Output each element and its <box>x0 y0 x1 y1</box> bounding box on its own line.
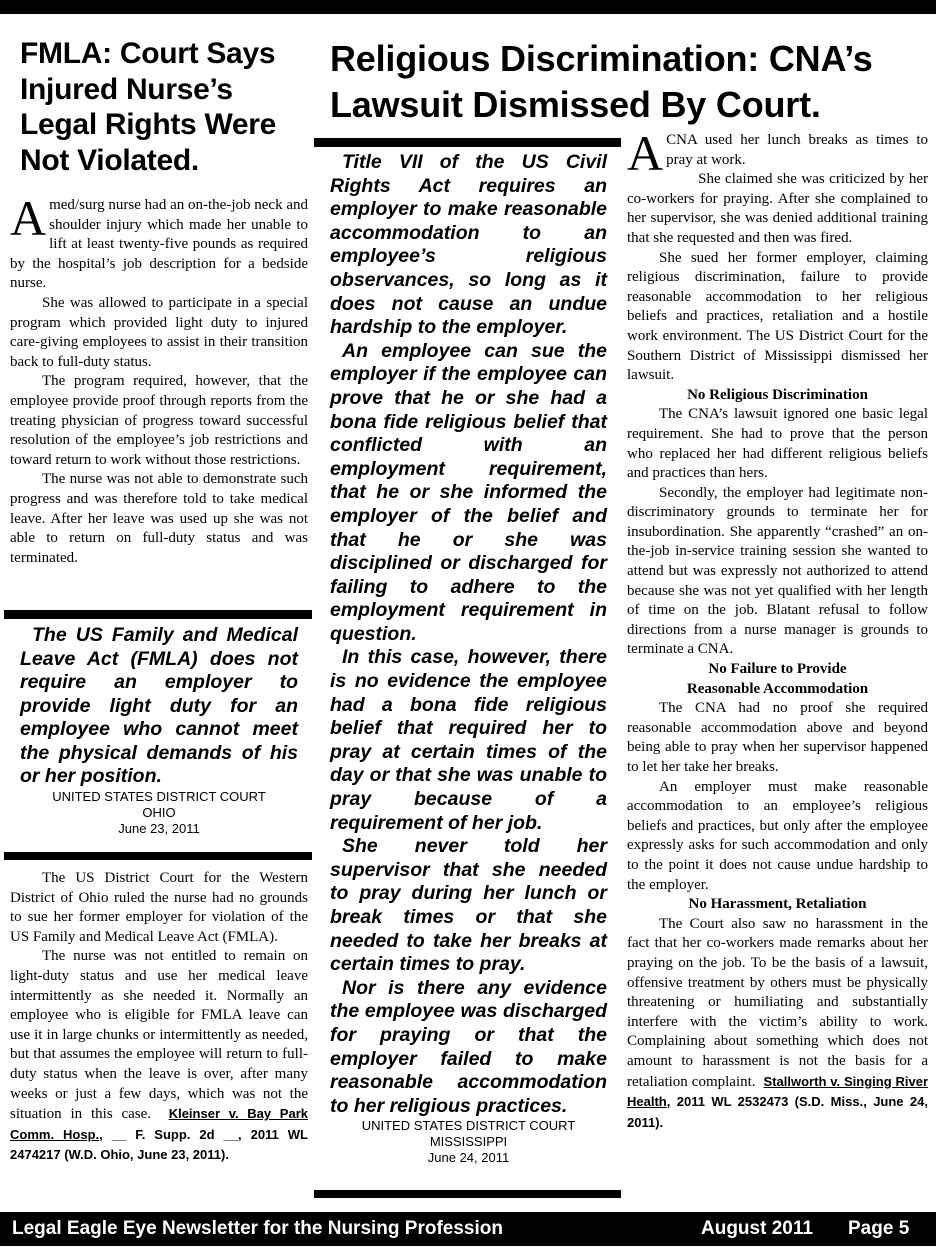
section-rule <box>4 852 312 860</box>
section-rule <box>314 138 621 147</box>
pullquote-paragraph: In this case, however, there is no evide… <box>330 646 607 835</box>
fmla-paragraph: The program required, however, that the … <box>10 372 308 470</box>
page-footer: Legal Eagle Eye Newsletter for the Nursi… <box>0 1212 936 1246</box>
religious-paragraph: Secondly, the employer had legitimate no… <box>627 484 928 660</box>
fmla-paragraph: She was allowed to participate in a spec… <box>10 294 308 372</box>
section-rule <box>314 1190 621 1198</box>
fmla-headline: FMLA: Court Says Injured Nurse’s Legal R… <box>20 36 310 178</box>
fmla-paragraph: The nurse was not able to demonstrate su… <box>10 470 308 568</box>
pullquote-text: The US Family and Medical Leave Act (FML… <box>20 624 298 789</box>
pullquote-paragraph: Nor is there any evidence the employee w… <box>330 977 607 1119</box>
pullquote-paragraph: An employee can sue the employer if the … <box>330 340 607 647</box>
pullquote-paragraph: Title VII of the US Civil Rights Act req… <box>330 151 607 340</box>
religious-paragraph: She claimed she was criticized by her co… <box>627 170 928 248</box>
decision-date: June 24, 2011 <box>330 1150 607 1166</box>
subheading: No Religious Discrimination <box>627 386 928 406</box>
court-state: MISSISSIPPI <box>330 1134 607 1150</box>
religious-paragraph: An employer must make reasonable accommo… <box>627 778 928 896</box>
issue-date: August 2011 <box>701 1212 813 1246</box>
court-name: UNITED STATES DISTRICT COURT <box>330 1118 607 1134</box>
religious-body: ACNA used her lunch breaks as times to p… <box>627 131 928 1133</box>
fmla-paragraph: The nurse was not entitled to remain on … <box>10 947 308 1166</box>
drop-cap: A <box>10 198 46 238</box>
decision-date: June 23, 2011 <box>20 821 298 837</box>
religious-paragraph: The Court also saw no harassment in the … <box>627 915 928 1134</box>
religious-paragraph: She sued her former employer, claiming r… <box>627 249 928 386</box>
page-number: Page 5 <box>848 1212 909 1246</box>
subheading: No Harassment, Retaliation <box>627 895 928 915</box>
religious-headline: Religious Discrimination: CNA’s Lawsuit … <box>330 36 930 128</box>
religious-paragraph: The CNA’s lawsuit ignored one basic lega… <box>627 405 928 483</box>
religious-paragraph: The CNA had no proof she required reason… <box>627 699 928 777</box>
fmla-body-top: Amed/surg nurse had an on-the-job neck a… <box>10 196 308 568</box>
drop-cap: A <box>627 133 663 173</box>
subheading: No Failure to Provide <box>627 660 928 680</box>
section-rule <box>4 610 312 619</box>
fmla-body-bottom: The US District Court for the Western Di… <box>10 869 308 1166</box>
top-rule <box>0 0 936 14</box>
fmla-paragraph: The US District Court for the Western Di… <box>10 869 308 947</box>
pullquote-paragraph: She never told her supervisor that she n… <box>330 835 607 977</box>
religious-pullquote: Title VII of the US Civil Rights Act req… <box>330 151 607 1166</box>
fmla-paragraph: Amed/surg nurse had an on-the-job neck a… <box>10 196 308 294</box>
court-name: UNITED STATES DISTRICT COURT <box>20 789 298 805</box>
court-state: OHIO <box>20 805 298 821</box>
fmla-pullquote: The US Family and Medical Leave Act (FML… <box>20 624 298 837</box>
publication-name: Legal Eagle Eye Newsletter for the Nursi… <box>12 1212 503 1246</box>
religious-paragraph: ACNA used her lunch breaks as times to p… <box>627 131 928 170</box>
subheading: Reasonable Accommodation <box>627 680 928 700</box>
